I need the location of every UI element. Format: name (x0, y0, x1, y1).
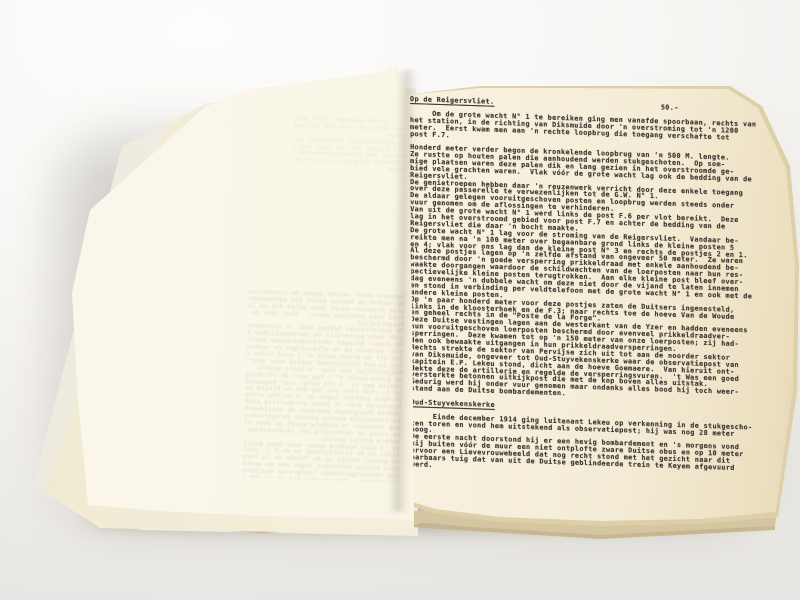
paragraph: Honderd meter verder begon de kronkelend… (410, 144, 755, 404)
paragraph: Om de grote wacht N° 1 te bereiken ging … (410, 110, 755, 149)
section-heading-reigersvliet: Op de Reigersvliet. (410, 95, 494, 106)
page-number: 50.- (661, 104, 679, 111)
page-show-through: Honderd meter verder begon de kronkelend… (243, 289, 405, 482)
paragraph: Einde december 1914 ging luitenant Lekeu… (411, 413, 756, 480)
text-line: den ook bewaakte uitgangen in hun prikke… (243, 482, 399, 483)
section-heading-oud-stuyvekenskerke: Oud-Stuyvekenskerke (411, 398, 495, 409)
book-photo: Op de Reigersvliet. 50.- Om de grote wac… (0, 0, 800, 600)
right-page-text: Op de Reigersvliet. 50.- Om de grote wac… (410, 96, 755, 486)
page-show-through: Einde december 1914 ging luitenant Lekeu… (289, 116, 406, 270)
